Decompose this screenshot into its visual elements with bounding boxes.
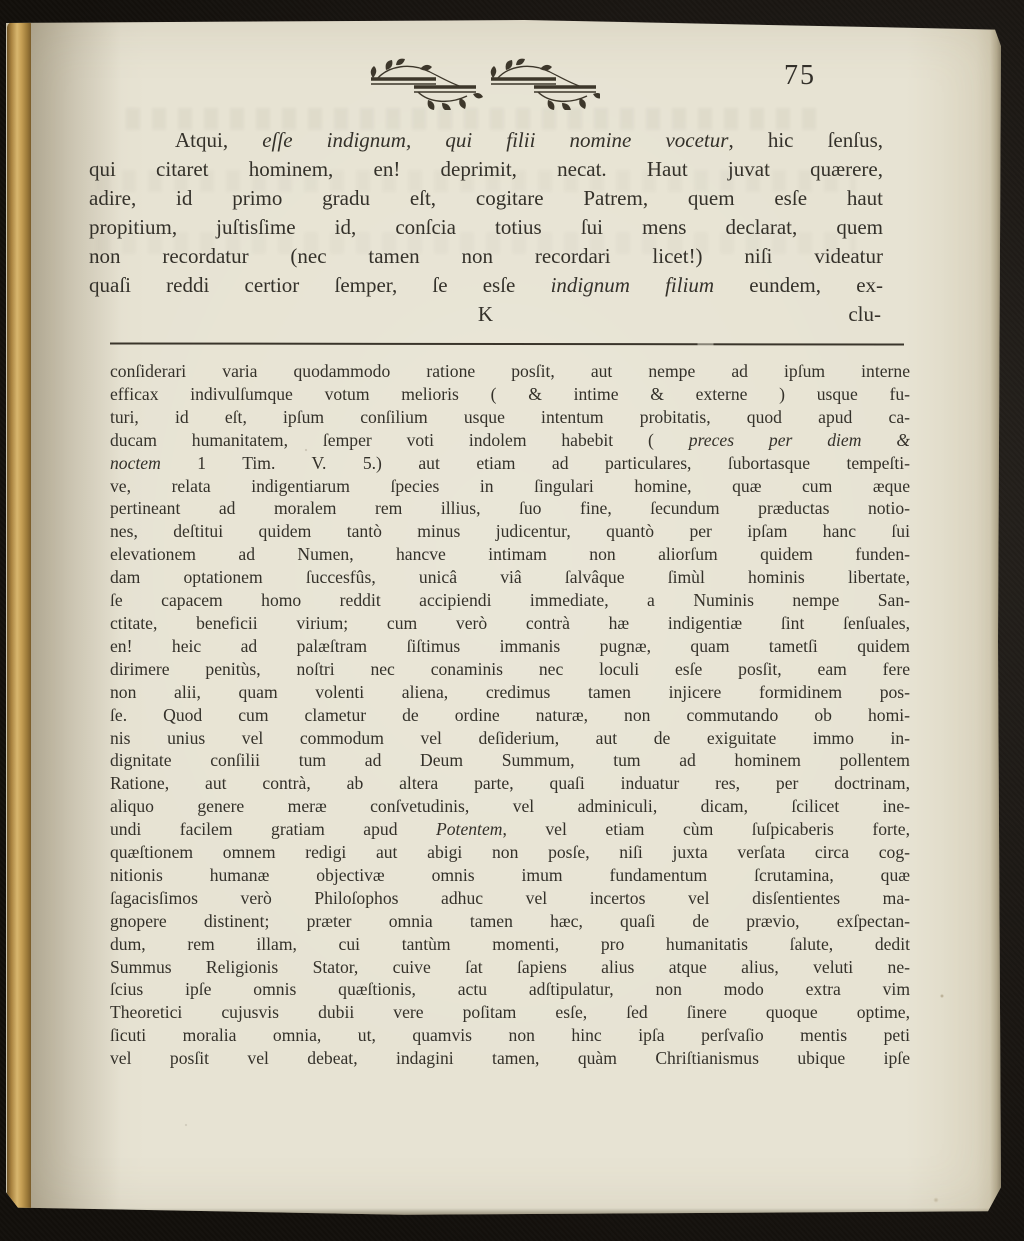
- text-line: adire, id primo gradu eſt, cogitare Patr…: [89, 184, 883, 213]
- scanned-book-photo: 75 Atqui, eſſe indignum, qui filii nomin…: [0, 0, 1024, 1241]
- text-line: ſe capacem homo reddit accipiendi immedi…: [110, 589, 910, 612]
- text-line: turi, id eſt, ipſum conſilium usque inte…: [110, 406, 910, 429]
- text-line: vel posſit vel debeat, indagini tamen, q…: [110, 1047, 910, 1070]
- text-line: en! heic ad palæſtram ſiſtimus immanis p…: [110, 635, 910, 658]
- page-number: 75: [784, 60, 816, 92]
- text-line: elevationem ad Numen, hancve intimam non…: [110, 543, 910, 566]
- footnote-block: conſiderari varia quodammodo ratione pos…: [110, 360, 910, 1070]
- text-line: non recordatur (nec tamen non recordari …: [89, 242, 883, 271]
- text-line: ſagacisſimos verò Philoſophos adhuc vel …: [110, 887, 910, 910]
- text-line: Theoretici cujusvis dubii vere poſitam e…: [110, 1001, 910, 1024]
- text-line: nis unius vel commodum vel deſiderium, a…: [110, 727, 910, 750]
- text-line: undi facilem gratiam apud Potentem, vel …: [110, 818, 910, 841]
- text-line: dum, rem illam, cui tantùm momenti, pro …: [110, 933, 910, 956]
- text-line: dam optationem ſuccesfûs, unicâ viâ ſalv…: [110, 566, 910, 589]
- text-line: qui citaret hominem, en! deprimit, necat…: [89, 155, 883, 184]
- text-line: Ratione, aut contrà, ab altera parte, qu…: [110, 772, 910, 795]
- signature-mark: K: [89, 302, 883, 327]
- book-page: 75 Atqui, eſſe indignum, qui filii nomin…: [6, 20, 1002, 1216]
- main-paragraph: Atqui, eſſe indignum, qui filii nomine v…: [89, 126, 883, 300]
- text-line: dignitate conſilii tum ad Deum Summum, t…: [110, 749, 910, 772]
- text-line: Summus Religionis Stator, cuive ſat ſapi…: [110, 956, 910, 979]
- text-line: efficax indivulſumque votum melioris ( &…: [110, 383, 910, 406]
- text-line: ve, relata indigentiarum ſpecies in ſing…: [110, 475, 910, 498]
- text-line: ducam humanitatem, ſemper voti indolem h…: [110, 429, 910, 452]
- text-line: nes, deſtitui quidem tantò minus judicen…: [110, 520, 910, 543]
- text-line: aliquo genere meræ conſvetudinis, vel ad…: [110, 795, 910, 818]
- text-line: noctem 1 Tim. V. 5.) aut etiam ad partic…: [110, 452, 910, 475]
- text-line: quaſi reddi certior ſemper, ſe esſe indi…: [89, 271, 883, 300]
- text-line: Atqui, eſſe indignum, qui filii nomine v…: [89, 126, 883, 155]
- text-line: dirimere penitùs, noſtri nec conaminis n…: [110, 658, 910, 681]
- text-line: ſe. Quod cum clametur de ordine naturæ, …: [110, 704, 910, 727]
- text-line: quæſtionem omnem redigi aut abigi non po…: [110, 841, 910, 864]
- text-line: ſicuti moralia omnia, ut, quamvis non hi…: [110, 1024, 910, 1047]
- signature-row: K clu-: [89, 302, 883, 332]
- text-line: non alii, quam volenti aliena, credimus …: [110, 681, 910, 704]
- text-line: gnopere distinent; præter omnia tamen hæ…: [110, 910, 910, 933]
- binding-edge: [7, 22, 31, 1213]
- footnote-separator-rule: [110, 342, 904, 345]
- catchword: clu-: [848, 302, 881, 327]
- text-line: ſcius ipſe omnis quæſtionis, actu adſtip…: [110, 978, 910, 1001]
- text-line: ctitate, beneficii virium; cum verò cont…: [110, 612, 910, 635]
- text-line: nitionis humanæ objectivæ omnis imum fun…: [110, 864, 910, 887]
- text-line: pertineant ad moralem rem illius, ſuo fi…: [110, 497, 910, 520]
- floral-rule-ornament-icon: [368, 58, 600, 110]
- text-line: conſiderari varia quodammodo ratione pos…: [110, 360, 910, 383]
- text-line: propitium, juſtisſime id, conſcia totius…: [89, 213, 883, 242]
